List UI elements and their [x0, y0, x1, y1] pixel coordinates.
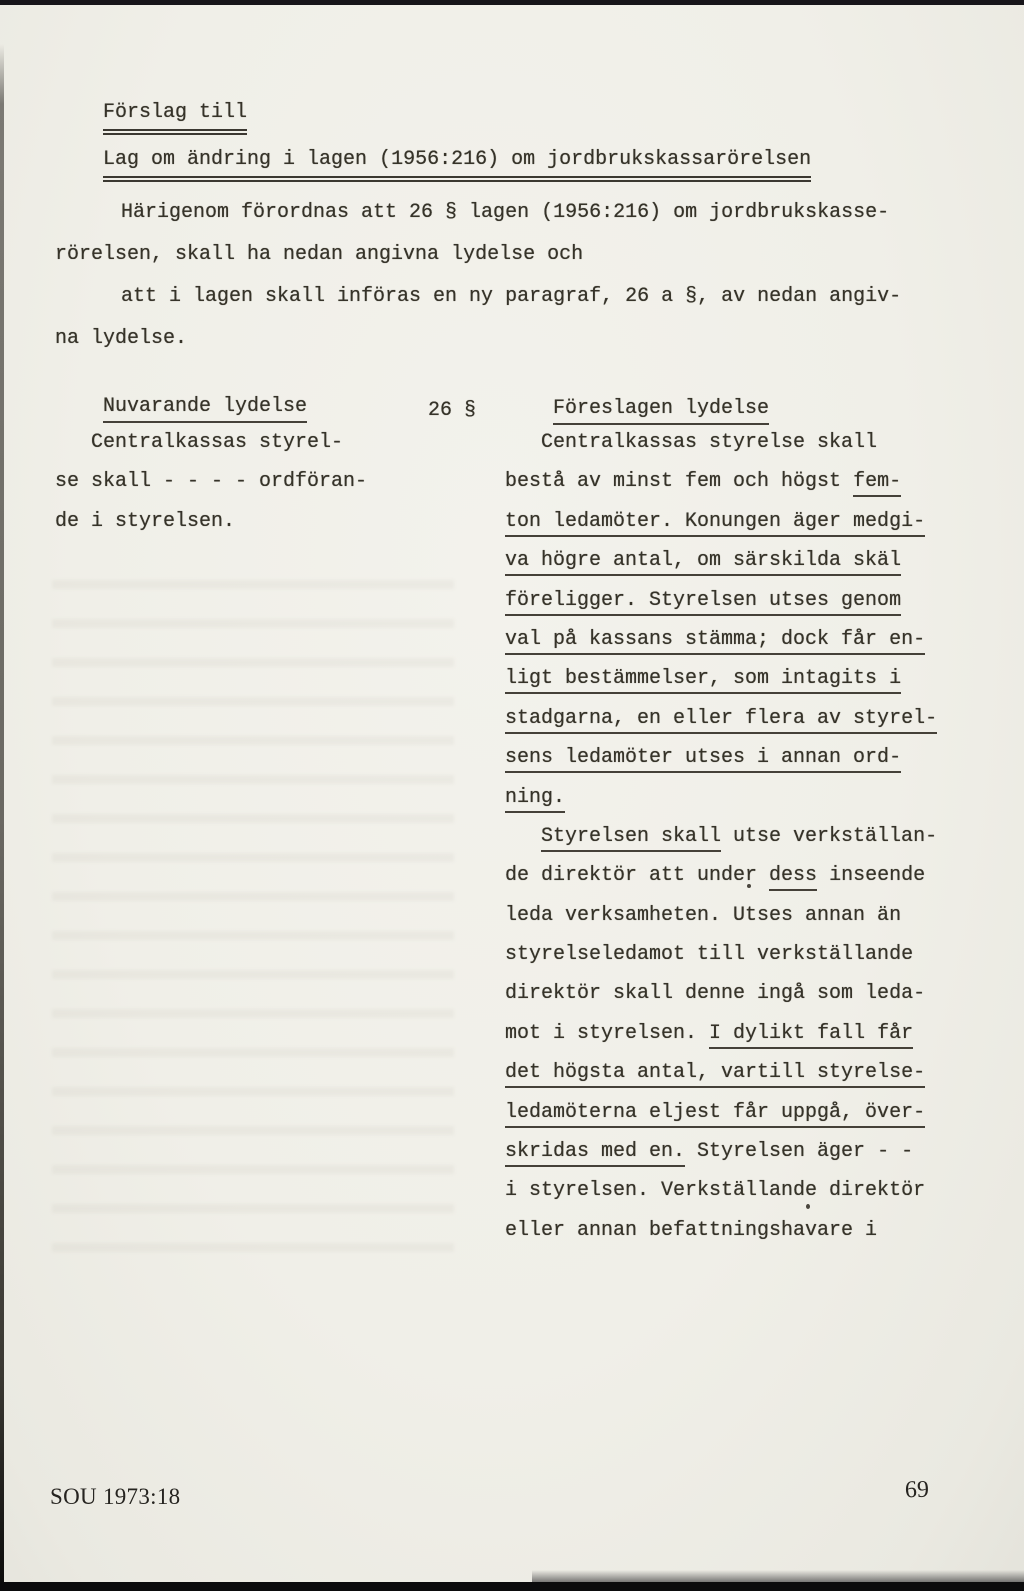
underlined-text-segment: dess — [769, 864, 817, 891]
text-segment: Styrelsen äger - - — [685, 1140, 913, 1163]
text-segment: leda verksamheten. Utses annan än — [505, 904, 901, 927]
heading-text: Nuvarande lydelse — [103, 395, 307, 423]
document-line: rörelsen, skall ha nedan angivna lydelse… — [55, 234, 965, 276]
document-line: bestå av minst fem och högst fem- — [505, 462, 1005, 501]
document-line: na lydelse. — [55, 318, 965, 360]
text-segment: mot i styrelsen. — [505, 1022, 709, 1045]
document-line: att i lagen skall införas en ny paragraf… — [55, 276, 965, 318]
heading-text: Föreslagen lydelse — [553, 397, 769, 425]
underlined-text-segment: stadgarna, en eller flera av styrel- — [505, 707, 937, 734]
underlined-text-segment: ligt bestämmelser, som intagits i — [505, 667, 901, 694]
document-line: ledamöterna eljest får uppgå, över- — [505, 1093, 1005, 1132]
document-line: direktör skall denne ingå som leda- — [505, 974, 1005, 1013]
document-line: Härigenom förordnas att 26 § lagen (1956… — [55, 192, 965, 234]
document-line: mot i styrelsen. I dylikt fall får — [505, 1014, 1005, 1053]
scan-edge-bottom — [0, 1582, 1024, 1591]
text-segment: bestå av minst fem och högst — [505, 470, 853, 493]
page-number: 69 — [905, 1477, 930, 1505]
text-segment: Centralkassas styrelse skall — [541, 431, 877, 454]
underlined-text-segment: fem- — [853, 470, 901, 497]
text-segment: Centralkassas styrel- — [91, 431, 343, 454]
document-line: de i styrelsen. — [55, 502, 495, 541]
document-title-line-2: Lag om ändring i lagen (1956:216) om jor… — [55, 125, 811, 201]
underlined-text-segment: ton ledamöter. Konungen äger medgi- — [505, 510, 925, 537]
document-line: se skall - - - - ordföran- — [55, 462, 495, 501]
document-line: föreligger. Styrelsen utses genom — [505, 581, 1005, 620]
document-line: ligt bestämmelser, som intagits i — [505, 659, 1005, 698]
scan-edge-top — [0, 0, 1024, 5]
document-line: Centralkassas styrel- — [55, 423, 495, 462]
document-line: ton ledamöter. Konungen äger medgi- — [505, 502, 1005, 541]
text-segment: rörelsen, skall ha nedan angivna lydelse… — [55, 243, 583, 266]
underlined-text-segment: I dylikt fall får — [709, 1022, 913, 1049]
document-line: sens ledamöter utses i annan ord- — [505, 738, 1005, 777]
text-segment: inseende — [817, 864, 925, 887]
text-segment: styrelseledamot till verkställande — [505, 943, 913, 966]
underlined-text-segment: ning. — [505, 786, 565, 813]
underlined-text-segment: Styrelsen skall — [541, 825, 721, 852]
text-segment: na lydelse. — [55, 327, 187, 350]
title-text: Lag om ändring i lagen (1956:216) om jor… — [103, 148, 811, 178]
text-segment: eller annan befattningshavare i — [505, 1219, 877, 1242]
document-line: Styrelsen skall utse verkställan- — [505, 817, 1005, 856]
underlined-text-segment: va högre antal, om särskilda skäl — [505, 549, 901, 576]
text-segment: i styrelsen. Verkställande direktör — [505, 1179, 925, 1202]
publication-reference: SOU 1973:18 — [50, 1484, 180, 1510]
underlined-text-segment: ledamöterna eljest får uppgå, över- — [505, 1101, 925, 1128]
document-line: val på kassans stämma; dock får en- — [505, 620, 1005, 659]
section-marker-26: 26 § — [428, 399, 476, 422]
scan-shadow-bottom — [532, 1570, 1024, 1582]
scanned-document-page: Förslag till Lag om ändring i lagen (195… — [0, 0, 1024, 1591]
document-line: eller annan befattningshavare i — [505, 1211, 1005, 1250]
document-line: ning. — [505, 778, 1005, 817]
ink-bleedthrough — [52, 580, 454, 1280]
underlined-text-segment: skridas med en. — [505, 1140, 685, 1167]
document-line: det högsta antal, vartill styrelse- — [505, 1053, 1005, 1092]
document-line: de direktör att under dess inseende — [505, 856, 1005, 895]
document-line: stadgarna, en eller flera av styrel- — [505, 699, 1005, 738]
document-line: leda verksamheten. Utses annan än — [505, 896, 1005, 935]
document-line: va högre antal, om särskilda skäl — [505, 541, 1005, 580]
text-segment: Härigenom förordnas att 26 § lagen (1956… — [121, 201, 889, 224]
current-wording-column: Centralkassas styrel-se skall - - - - or… — [55, 423, 495, 541]
proposed-wording-column: Centralkassas styrelse skallbestå av min… — [505, 423, 1005, 1250]
underlined-text-segment: sens ledamöter utses i annan ord- — [505, 746, 901, 773]
text-segment: se skall - - - - ordföran- — [55, 470, 367, 493]
document-line: skridas med en. Styrelsen äger - - — [505, 1132, 1005, 1171]
preamble-paragraphs: Härigenom förordnas att 26 § lagen (1956… — [55, 192, 965, 360]
document-line: styrelseledamot till verkställande — [505, 935, 1005, 974]
document-line: i styrelsen. Verkställande direktör — [505, 1171, 1005, 1210]
text-segment: de direktör att under — [505, 864, 769, 887]
underlined-text-segment: det högsta antal, vartill styrelse- — [505, 1061, 925, 1088]
document-line: Centralkassas styrelse skall — [505, 423, 1005, 462]
text-segment: direktör skall denne ingå som leda- — [505, 982, 925, 1005]
underlined-text-segment: föreligger. Styrelsen utses genom — [505, 589, 901, 616]
text-segment: de i styrelsen. — [55, 510, 235, 533]
scan-edge-left — [0, 44, 4, 1591]
text-segment: utse verkställan- — [721, 825, 937, 848]
text-segment: att i lagen skall införas en ny paragraf… — [121, 285, 901, 308]
underlined-text-segment: val på kassans stämma; dock får en- — [505, 628, 925, 655]
